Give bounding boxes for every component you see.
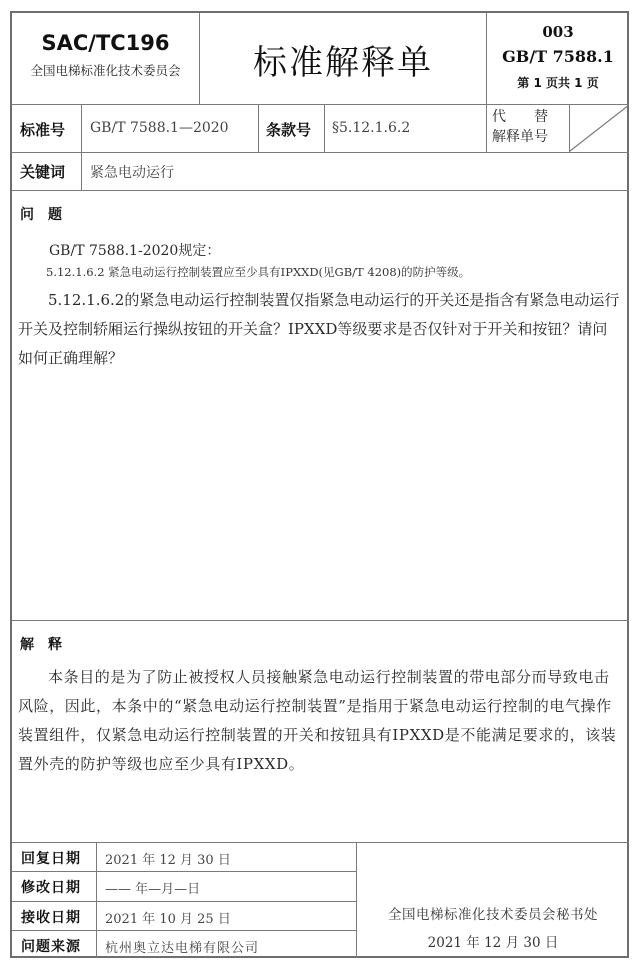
divider [324, 104, 325, 152]
answer-paragraph: 本条目的是为了防止被授权人员接触紧急电动运行控制装置的带电部分而导致电击风险，因… [18, 663, 622, 779]
receive-date-value: 2021 年 10 月 25 日 [105, 908, 231, 927]
divider [12, 152, 629, 153]
answer-heading: 解 释 [20, 634, 62, 654]
source-value: 杭州奥立达电梯有限公司 [105, 937, 259, 956]
clause-label: 条款号 [266, 119, 311, 140]
modify-date-label: 修改日期 [21, 877, 81, 897]
source-label: 问题来源 [21, 936, 81, 956]
reply-date-label: 回复日期 [21, 848, 81, 868]
org-name: 全国电梯标准化技术委员会 [12, 61, 199, 79]
divider [486, 104, 487, 152]
divider [81, 104, 82, 190]
serial-number: 003 [487, 23, 629, 41]
divider [12, 190, 629, 191]
page-info: 第 1 页共 1 页 [487, 74, 629, 91]
divider [12, 104, 629, 105]
issue-date: 2021 年 12 月 30 日 [357, 931, 629, 951]
org-code: SAC/TC196 [12, 31, 199, 55]
serial-block: 003 GB/T 7588.1 第 1 页共 1 页 [487, 13, 629, 104]
standard-code: GB/T 7588.1 [487, 47, 629, 66]
keywords-label: 关键词 [20, 161, 65, 182]
replace-label: 代 替 解释单号 [492, 107, 548, 147]
divider [12, 620, 629, 621]
reply-date-value: 2021 年 12 月 30 日 [105, 849, 231, 868]
issuer: 全国电梯标准化技术委员会秘书处 [357, 903, 629, 923]
clause-value: §5.12.1.6.2 [332, 120, 410, 136]
interpretation-sheet: SAC/TC196 全国电梯标准化技术委员会 标准解释单 003 GB/T 75… [10, 11, 629, 958]
empty-slash-icon [569, 104, 629, 152]
divider [12, 871, 356, 872]
divider [12, 930, 356, 931]
divider [12, 901, 356, 902]
question-paragraph: 5.12.1.6.2的紧急电动运行控制装置仅指紧急电动运行的开关还是指含有紧急电… [18, 286, 622, 373]
question-intro: GB/T 7588.1-2020规定： [49, 240, 220, 260]
standard-label: 标准号 [20, 119, 65, 140]
question-heading: 问 题 [20, 204, 62, 224]
divider [12, 842, 629, 843]
receive-date-label: 接收日期 [21, 907, 81, 927]
divider [96, 842, 97, 958]
replace-label-line1: 代 替 [492, 107, 548, 127]
modify-date-value: —— 年—月—日 [105, 878, 200, 897]
org-block: SAC/TC196 全国电梯标准化技术委员会 [12, 13, 199, 104]
doc-title: 标准解释单 [200, 35, 486, 84]
standard-value: GB/T 7588.1—2020 [90, 120, 229, 136]
keywords-value: 紧急电动运行 [90, 162, 174, 182]
question-clause-quote: 5.12.1.6.2 紧急电动运行控制装置应至少具有IPXXD(见GB/T 42… [46, 264, 470, 280]
replace-label-line2: 解释单号 [492, 127, 548, 147]
divider [258, 104, 259, 152]
